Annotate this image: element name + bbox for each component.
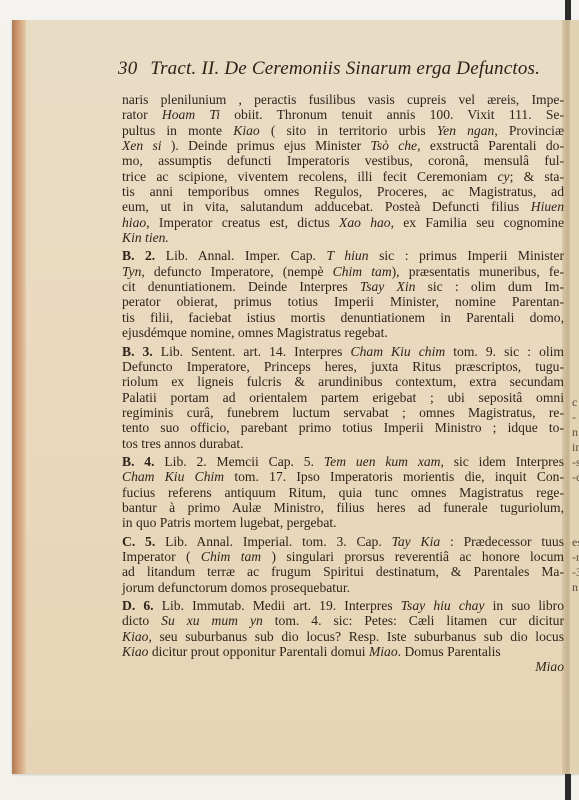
- main-paragraph: naris plenilunium , peractis fusilibus v…: [122, 92, 564, 245]
- text-run: Lib. Annal. Imperial. tom. 3. Cap.: [165, 534, 392, 549]
- note-marker: B. 3.: [122, 344, 153, 359]
- text-run: Lib. 2. Memcii Cap. 5.: [164, 454, 323, 469]
- catchword-line: Miao: [122, 659, 564, 674]
- text-line: Defuncto Imperatore, Princeps heres, jux…: [142, 359, 564, 374]
- text-line: Cham Kiu Chim tom. 17. Ipso Imperatoris …: [142, 469, 564, 484]
- text-run: , defuncto Imperatore, (nempè: [141, 264, 332, 279]
- italic-term: Tay Kia: [392, 534, 441, 549]
- text-run: ; & sta-: [510, 169, 564, 184]
- text-run: cit denuntiationem. Deinde Interpres: [122, 279, 360, 294]
- text-run: perator obierat, primus totius Imperii M…: [122, 294, 564, 309]
- text-run: ) singulari prorsus reverentiâ ac honore…: [261, 549, 564, 564]
- text-line: Kiao, seu suburbanus sub dio locus? Resp…: [142, 629, 564, 644]
- text-run: dicto: [122, 613, 161, 628]
- text-run: Imperator (: [122, 549, 201, 564]
- text-run: ). Deinde primus ejus Minister: [162, 138, 371, 153]
- italic-term: Yen ngan: [437, 123, 494, 138]
- text-run: in suo libro: [484, 598, 564, 613]
- text-run: pultus in monte: [122, 123, 233, 138]
- text-line: riolum ex ligneis fulcris & arundinibus …: [142, 374, 564, 389]
- text-line: tis filii, faciebat istius mortis denunt…: [142, 310, 564, 325]
- catchword: Miao: [535, 659, 564, 674]
- running-head-title: Tract. II. De Ceremoniis Sinarum erga De…: [150, 58, 540, 79]
- text-run: naris plenilunium , peractis fusilibus v…: [122, 92, 564, 107]
- text-run: . Domus Parentalis: [398, 644, 501, 659]
- italic-term: Tem uen kum xam: [324, 454, 441, 469]
- bleed-fragment: es: [572, 535, 579, 550]
- text-line: B. 4. Lib. 2. Memcii Cap. 5. Tem uen kum…: [142, 454, 564, 469]
- text-run: tom. 4. sic: Petes: Cæli litamen cur dic…: [263, 613, 564, 628]
- text-run: rator: [122, 107, 162, 122]
- text-line: pultus in monte Kiao ( sito in territori…: [122, 123, 564, 138]
- text-line: tis anni temporibus omnes Regulos, Proce…: [122, 184, 564, 199]
- text-run: ( sito in territorio urbis: [260, 123, 437, 138]
- italic-term: Cham Kiu Chim: [122, 469, 224, 484]
- bleed-fragment: n: [572, 425, 578, 440]
- text-line: bantur à primo Aulæ Ministro, filius her…: [142, 500, 564, 515]
- text-run: , seu suburbanus sub dio locus? Resp. Is…: [148, 629, 564, 644]
- text-run: eum, ut in vita, salutandum adducebat. P…: [122, 199, 531, 214]
- text-run: sic : olim dum Im-: [415, 279, 564, 294]
- text-line: Palatii portam ad orientalem partem erig…: [142, 390, 564, 405]
- note-paragraph: B. 2. Lib. Annal. Imper. Cap. T hiun sic…: [122, 248, 564, 340]
- italic-term: Xao hao: [339, 215, 391, 230]
- italic-term: Chim tam: [333, 264, 392, 279]
- text-line: C. 5. Lib. Annal. Imperial. tom. 3. Cap.…: [142, 534, 564, 549]
- text-run: Defuncto Imperatore, Princeps heres, jux…: [122, 359, 564, 374]
- text-line: regiminis curâ, funebrem luctum servabat…: [142, 405, 564, 420]
- text-line: fucius referens antiquum Ritum, quia tun…: [142, 485, 564, 500]
- italic-term: hiao: [122, 215, 146, 230]
- italic-term: Cham Kiu chim: [351, 344, 446, 359]
- text-run: , ex Familia seu cognomine: [391, 215, 564, 230]
- text-line: eum, ut in vita, salutandum adducebat. P…: [122, 199, 564, 214]
- italic-term: Kiao: [233, 123, 259, 138]
- text-line: rator Hoam Ti obiit. Thronum tenuit anni…: [122, 107, 564, 122]
- text-line: Xen si ). Deinde primus ejus Minister Ts…: [122, 138, 564, 153]
- text-run: trice ac scipione, viventem recolens, il…: [122, 169, 497, 184]
- text-line: B. 2. Lib. Annal. Imper. Cap. T hiun sic…: [142, 248, 564, 263]
- italic-term: Tyn: [122, 264, 141, 279]
- text-run: bantur à primo Aulæ Ministro, filius her…: [122, 500, 564, 515]
- italic-term: Kiao: [122, 629, 148, 644]
- text-run: Lib. Annal. Imper. Cap.: [166, 248, 327, 263]
- binder-clip-top: [565, 0, 571, 22]
- text-line: D. 6. Lib. Immutab. Medii art. 19. Inter…: [142, 598, 564, 613]
- running-head: 30 Tract. II. De Ceremoniis Sinarum erga…: [118, 58, 558, 80]
- italic-term: Hoam Ti: [162, 107, 220, 122]
- bleed-fragment: -s: [572, 455, 579, 470]
- text-run: fucius referens antiquum Ritum, quia tun…: [122, 485, 564, 500]
- italic-term: Tsò che: [370, 138, 417, 153]
- text-run: tis anni temporibus omnes Regulos, Proce…: [122, 184, 564, 199]
- bleed-fragment: c: [572, 395, 577, 410]
- text-run: Lib. Sentent. art. 14. Interpres: [161, 344, 351, 359]
- text-line: tento suo officio, parebant primo totius…: [142, 420, 564, 435]
- scan-background: [0, 0, 579, 22]
- italic-term: Tsay Xin: [360, 279, 416, 294]
- text-run: in quo Patris mortem lugebat, pergebat.: [122, 515, 337, 530]
- italic-term: T hiun: [327, 248, 369, 263]
- bleed-fragment: in: [572, 440, 579, 455]
- bleed-fragment: -3: [572, 565, 579, 580]
- text-line: Kiao dicitur prout opponitur Parentali d…: [142, 644, 564, 659]
- italic-term: Hiuen: [531, 199, 564, 214]
- text-line: ad litandum terræ ac frugum Spiritui des…: [142, 564, 564, 579]
- text-run: obiit. Thronum tenuit annis 100. Vixit 1…: [220, 107, 564, 122]
- note-paragraph: B. 3. Lib. Sentent. art. 14. Interpres C…: [122, 344, 564, 451]
- text-run: tom. 17. Ipso Imperatoris morientis die,…: [224, 469, 564, 484]
- text-run: jorum defunctorum domos prosequebatur.: [122, 580, 350, 595]
- text-line: in quo Patris mortem lugebat, pergebat.: [142, 515, 564, 530]
- text-run: tos tres annos durabat.: [122, 436, 244, 451]
- text-run: Lib. Immutab. Medii art. 19. Interpres: [162, 598, 401, 613]
- page-edge: [12, 20, 26, 774]
- text-run: : Prædecessor tuus: [440, 534, 564, 549]
- note-marker: C. 5.: [122, 534, 155, 549]
- text-run: sic : primus Imperii Minister: [369, 248, 564, 263]
- text-line: Imperator ( Chim tam ) singulari prorsus…: [142, 549, 564, 564]
- text-run: ejusdémque nomine, omnes Magistratus reg…: [122, 325, 388, 340]
- text-line: dicto Su xu mum yn tom. 4. sic: Petes: C…: [142, 613, 564, 628]
- notes-list: B. 2. Lib. Annal. Imper. Cap. T hiun sic…: [122, 248, 564, 659]
- bleed-fragment: n: [572, 580, 578, 595]
- italic-term: cy: [497, 169, 509, 184]
- text-line: Tyn, defuncto Imperatore, (nempè Chim ta…: [142, 264, 564, 279]
- italic-term: Miao: [369, 644, 398, 659]
- text-line: trice ac scipione, viventem recolens, il…: [122, 169, 564, 184]
- italic-term: Tsay hiu chay: [401, 598, 485, 613]
- note-paragraph: C. 5. Lib. Annal. Imperial. tom. 3. Cap.…: [122, 534, 564, 595]
- bleed-fragment: -: [572, 410, 576, 425]
- bleed-fragment: -n: [572, 550, 579, 565]
- text-run: mo, assumptis defuncti Imperatoris vesti…: [122, 153, 564, 168]
- binder-clip-bottom: [565, 774, 571, 800]
- text-run: Palatii portam ad orientalem partem erig…: [122, 390, 564, 405]
- italic-term: Kiao: [122, 644, 148, 659]
- note-marker: B. 2.: [122, 248, 155, 263]
- text-run: ad litandum terræ ac frugum Spiritui des…: [122, 564, 564, 579]
- italic-term: Chim tam: [201, 549, 261, 564]
- note-marker: B. 4.: [122, 454, 155, 469]
- italic-term: Kin tien.: [122, 230, 169, 245]
- text-run: , Imperator creatus est, dictus: [146, 215, 339, 230]
- text-line: Kin tien.: [122, 230, 564, 245]
- page-body: naris plenilunium , peractis fusilibus v…: [122, 92, 564, 675]
- text-line: hiao, Imperator creatus est, dictus Xao …: [122, 215, 564, 230]
- bleed-fragment: -c: [572, 470, 579, 485]
- text-line: tos tres annos durabat.: [142, 436, 564, 451]
- text-line: mo, assumptis defuncti Imperatoris vesti…: [122, 153, 564, 168]
- text-line: jorum defunctorum domos prosequebatur.: [142, 580, 564, 595]
- text-run: , Provinciæ: [494, 123, 564, 138]
- text-run: , exstructâ Parentali do-: [417, 138, 564, 153]
- text-run: regiminis curâ, funebrem luctum servabat…: [122, 405, 564, 420]
- text-run: riolum ex ligneis fulcris & arundinibus …: [122, 374, 564, 389]
- text-run: tis filii, faciebat istius mortis denunt…: [122, 310, 564, 325]
- text-line: ejusdémque nomine, omnes Magistratus reg…: [142, 325, 564, 340]
- text-line: perator obierat, primus totius Imperii M…: [142, 294, 564, 309]
- text-run: tom. 9. sic : olim: [445, 344, 564, 359]
- text-line: naris plenilunium , peractis fusilibus v…: [122, 92, 564, 107]
- italic-term: Xen si: [122, 138, 162, 153]
- note-paragraph: D. 6. Lib. Immutab. Medii art. 19. Inter…: [122, 598, 564, 659]
- text-run: dicitur prout opponitur Parentali domui: [148, 644, 369, 659]
- text-line: B. 3. Lib. Sentent. art. 14. Interpres C…: [142, 344, 564, 359]
- text-run: tento suo officio, parebant primo totius…: [122, 420, 564, 435]
- text-line: cit denuntiationem. Deinde Interpres Tsa…: [142, 279, 564, 294]
- page-number: 30: [118, 58, 137, 79]
- note-marker: D. 6.: [122, 598, 154, 613]
- text-run: , sic idem Interpres: [440, 454, 564, 469]
- italic-term: Su xu mum yn: [161, 613, 263, 628]
- note-paragraph: B. 4. Lib. 2. Memcii Cap. 5. Tem uen kum…: [122, 454, 564, 531]
- text-run: ), præsentatis muneribus, fe-: [392, 264, 564, 279]
